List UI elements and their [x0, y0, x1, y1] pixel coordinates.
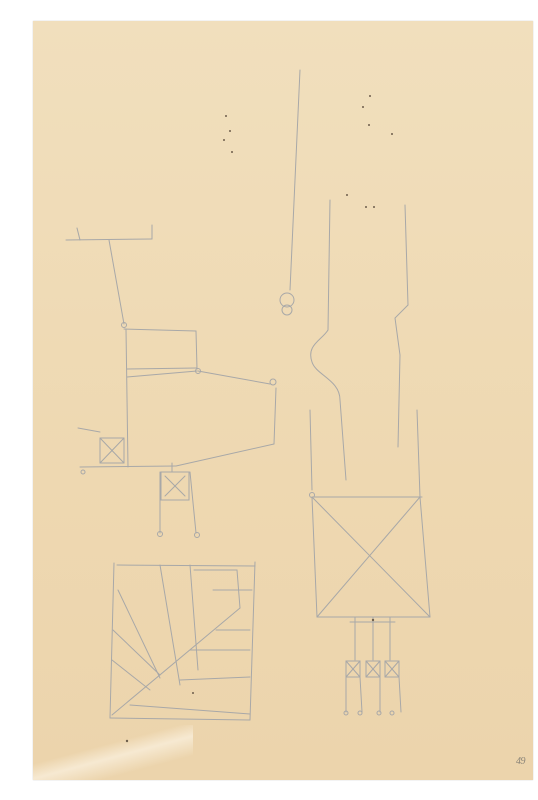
vertical-profile — [280, 70, 420, 497]
pencil-drawing — [0, 0, 538, 800]
crossed-square-block — [310, 493, 431, 716]
upper-left-mechanism — [66, 225, 276, 538]
page-number: 49 — [516, 756, 525, 767]
lower-left-perspective — [110, 562, 255, 720]
